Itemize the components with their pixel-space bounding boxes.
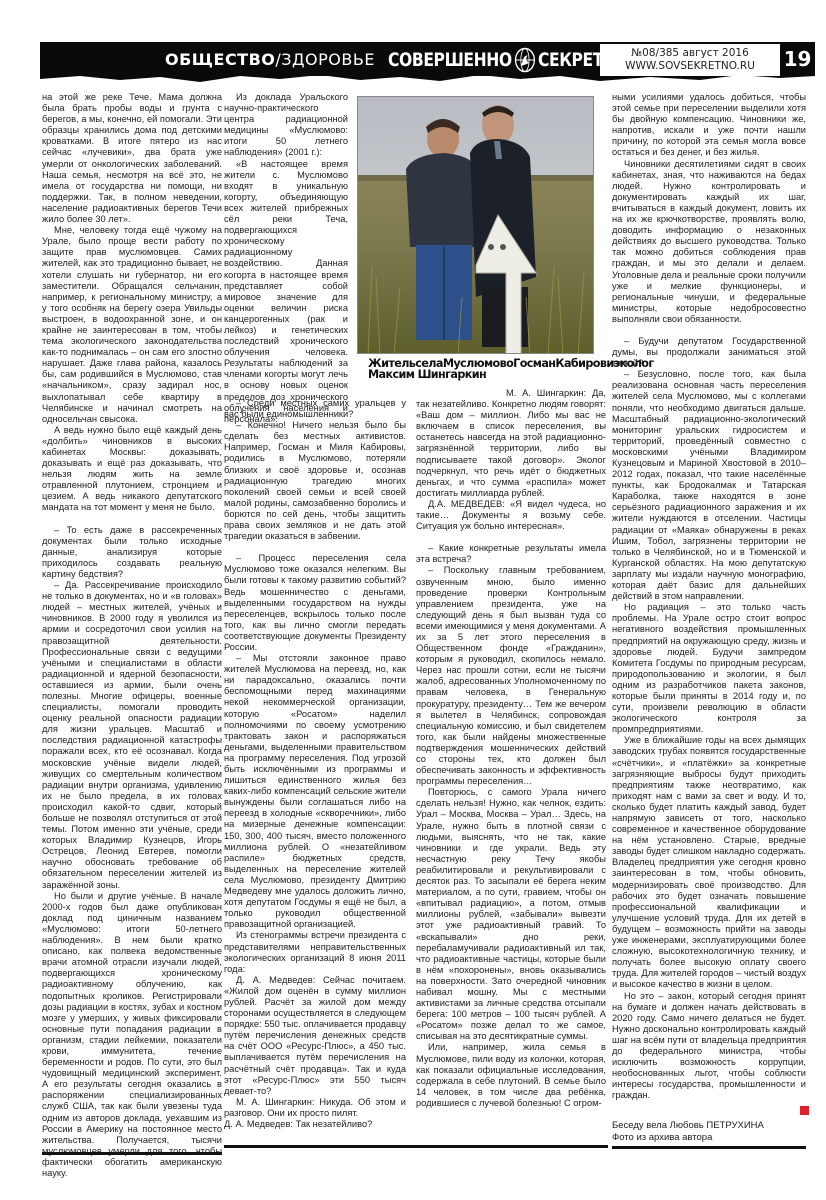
paragraph: Повторюсь, с самого Урала ничего сделать…	[416, 787, 606, 1042]
column-end-rule	[42, 1152, 222, 1155]
interviewer-credit: Беседу вела Любовь ПЕТРУХИНА	[612, 1120, 806, 1132]
article-credits: Беседу вела Любовь ПЕТРУХИНА Фото из арх…	[612, 1120, 806, 1144]
paragraph: Уже в ближайшие годы на всех дымящих зав…	[612, 735, 806, 990]
column-end-rule	[224, 1145, 608, 1148]
paragraph: на этой же реке Тече. Мама должна была б…	[42, 92, 222, 225]
paragraph: – Безусловно, после того, как была реали…	[612, 369, 806, 602]
section-title-bold: ОБЩЕСТВО	[165, 50, 275, 69]
newspaper-logo[interactable]: СОВЕРШЕННО СЕКРЕТНО	[388, 46, 628, 74]
paragraph: Но это – закон, который сегодня принят н…	[612, 991, 806, 1102]
paragraph: Мне, человеку тогда ещё чужому на Урале,…	[42, 225, 222, 425]
photo-credit: Фото из архива автора	[612, 1132, 806, 1144]
globe-emblem-icon	[514, 47, 535, 73]
article-photo[interactable]	[357, 96, 594, 354]
paragraph: Д.А. МЕДВЕДЕВ: «Я видел чудеса, но такие…	[416, 499, 606, 532]
paragraph: М. А. Шингаркин: Да, так незатейливо. Ко…	[416, 388, 606, 499]
interview-question: – То есть даже в рассекреченных документ…	[42, 525, 222, 580]
column-2-report-quote: Из доклада Уральского научно-практическо…	[224, 92, 348, 425]
paragraph: – Поскольку главным требованием, озвучен…	[416, 565, 606, 787]
paragraph: ными усилиями удалось добиться, чтобы эт…	[612, 92, 806, 159]
paragraph: Чиновники десятилетиями сидят в своих ка…	[612, 159, 806, 325]
interview-question: – Процесс переселения села Муслюмово тож…	[224, 553, 406, 653]
transcript-line: М. А. Шингаркин: Никуда. Об этом и разго…	[224, 1097, 406, 1119]
interview-question: – Будучи депутатом Государственной думы,…	[612, 336, 806, 369]
column-3: М. А. Шингаркин: Да, так незатейливо. Ко…	[416, 388, 606, 1109]
article-end-square	[800, 1106, 809, 1115]
photo-image	[358, 97, 594, 354]
report-source: Из доклада Уральского научно-практическо…	[224, 92, 348, 159]
issue-number-date: №08/385 август 2016	[600, 47, 780, 60]
paragraph: Или, например, жила семья в Муслюмове, п…	[416, 1042, 606, 1109]
website-url[interactable]: WWW.SOVSEKRETNO.RU	[600, 60, 780, 73]
photo-caption: ЖительселаМуслюмовоГосманКабировиэколог …	[368, 358, 598, 380]
interview-question: – Среди местных самих уральцев у вас был…	[224, 398, 406, 420]
logo-left-text: СОВЕРШЕННО	[388, 49, 512, 71]
transcript-source: Из стенограммы встречи президента с пред…	[224, 930, 406, 974]
paragraph: А ведь нужно было ещё каждый день «долби…	[42, 425, 222, 514]
report-quote: «В настоящее время жители с. Муслюмово в…	[224, 159, 348, 425]
interview-question: – Какие конкретные результаты имела эта …	[416, 543, 606, 565]
paragraph: – Мы отстояли законное право жителей Мус…	[224, 653, 406, 930]
column-end-rule	[612, 1146, 806, 1149]
column-2: – Среди местных самих уральцев у вас был…	[224, 398, 406, 1130]
paragraph: Но радиация – это только часть проблемы.…	[612, 602, 806, 735]
column-4: ными усилиями удалось добиться, чтобы эт…	[612, 92, 806, 1101]
section-title-light: /ЗДОРОВЬЕ	[275, 50, 375, 69]
transcript-line: Д. А. Медведев: Так незатейливо?	[224, 1119, 406, 1130]
paragraph: – Да. Рассекречивание происходило не тол…	[42, 580, 222, 891]
section-title: ОБЩЕСТВО/ЗДОРОВЬЕ	[165, 48, 375, 72]
paragraph: Но были и другие учёные. В начале 2000-х…	[42, 891, 222, 1179]
issue-info: №08/385 август 2016 WWW.SOVSEKRETNO.RU	[600, 44, 780, 76]
transcript-line: Д. А. Медведев: Сейчас почитаем. «Жилой …	[224, 975, 406, 1097]
page-number: 19	[780, 42, 815, 76]
column-1: на этой же реке Тече. Мама должна была б…	[42, 92, 222, 1179]
paragraph: – Конечно! Ничего нельзя было бы сделать…	[224, 420, 406, 542]
